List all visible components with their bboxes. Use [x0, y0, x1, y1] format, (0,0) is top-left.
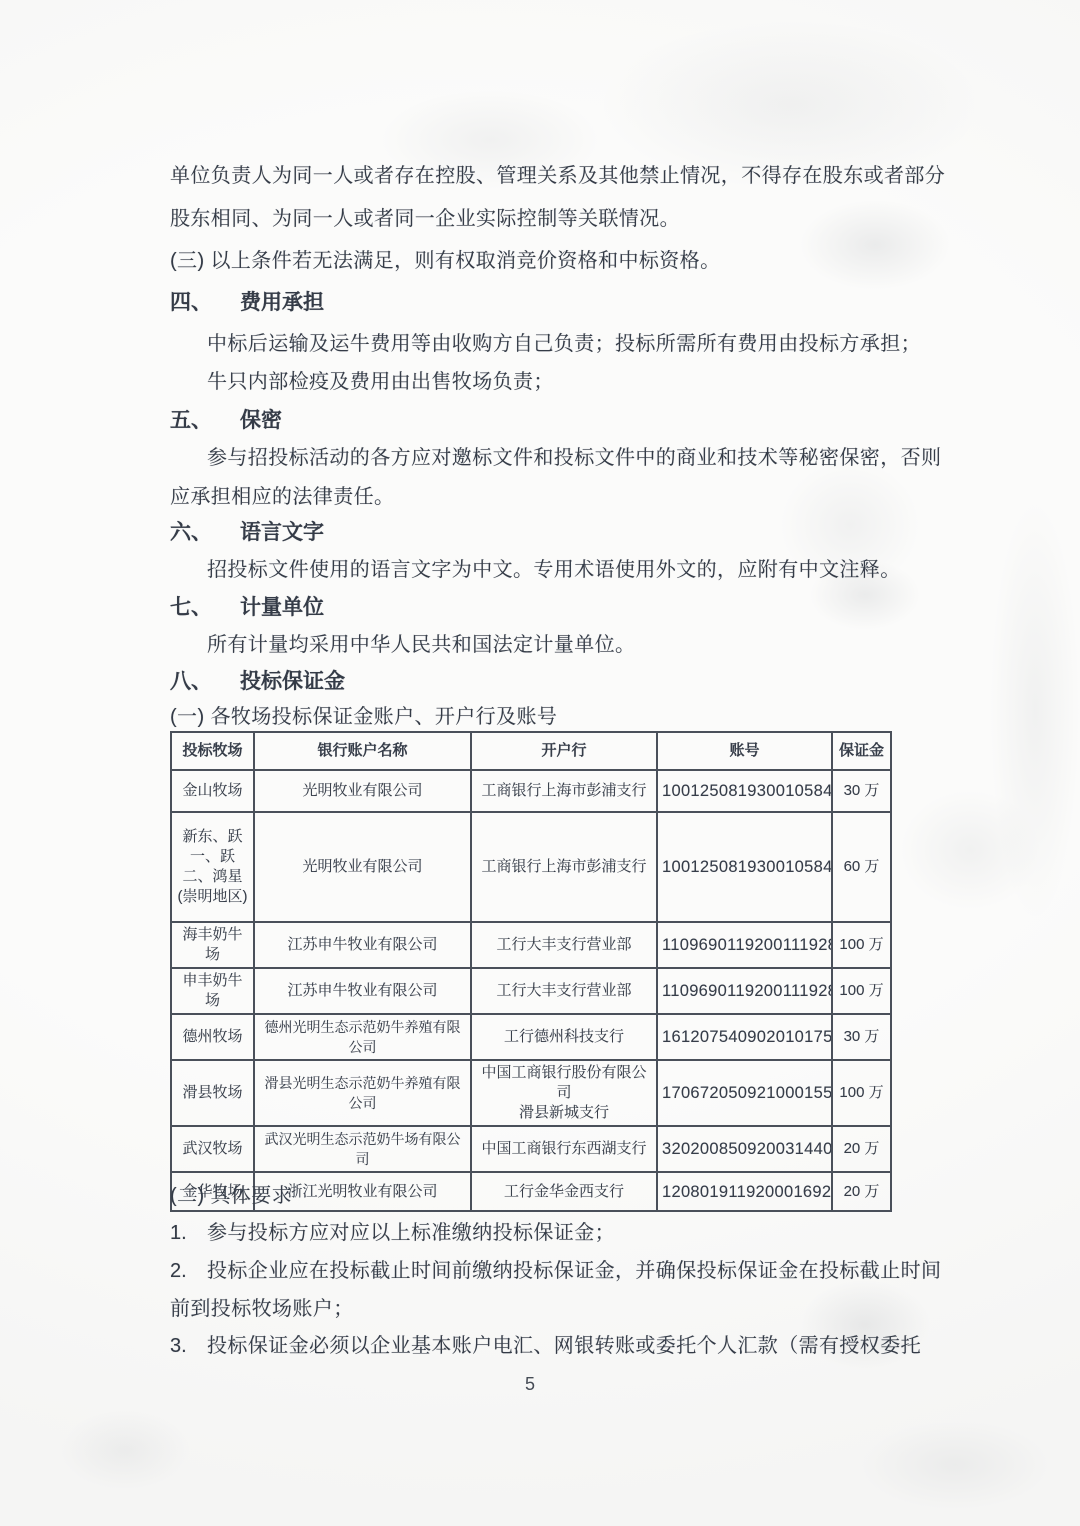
bank-branch-cell: 工行大丰支行营业部 — [471, 968, 657, 1014]
account-number-cell: 3202008509200314406 — [657, 1126, 832, 1172]
account-number-cell: 1109690119200111928 — [657, 968, 832, 1014]
requirement-3-number: 3. — [170, 1333, 187, 1359]
deposit-cell: 100 万 — [832, 1060, 891, 1126]
section-number: 六、 — [170, 519, 240, 546]
section-number: 八、 — [170, 668, 240, 695]
requirement-1-text: 参与投标方应对应以上标准缴纳投标保证金； — [207, 1220, 615, 1246]
deposit-accounts-table: 投标牧场 银行账户名称 开户行 账号 保证金 金山牧场 光明牧业有限公司 工商银… — [170, 731, 892, 1212]
bank-branch-cell: 中国工商银行股份有限公司 滑县新城支行 — [471, 1060, 657, 1126]
scan-artifact — [900, 790, 1040, 910]
farm-cell: 武汉牧场 — [171, 1126, 254, 1172]
bank-branch-cell: 工行德州科技支行 — [471, 1014, 657, 1060]
account-name-cell: 光明牧业有限公司 — [254, 812, 471, 922]
section5-line-1: 参与招投标活动的各方应对邀标文件和投标文件中的商业和技术等秘密保密，否则 — [207, 445, 941, 471]
account-number-cell: 1109690119200111928 — [657, 922, 832, 968]
section-title: 计量单位 — [240, 596, 324, 619]
requirement-2-line-2: 前到投标牧场账户； — [170, 1296, 354, 1322]
bank-branch-line-2: 滑县新城支行 — [476, 1103, 652, 1123]
bank-branch-line-1: 中国工商银行股份有限公司 — [476, 1063, 652, 1103]
scan-artifact — [60, 1410, 190, 1490]
section-number: 七、 — [170, 594, 240, 621]
deposit-cell: 30 万 — [832, 1014, 891, 1060]
bank-branch-cell: 中国工商银行东西湖支行 — [471, 1126, 657, 1172]
farm-cell: 滑县牧场 — [171, 1060, 254, 1126]
scanned-document-page: 单位负责人为同一人或者存在控股、管理关系及其他禁止情况，不得存在股东或者部分 股… — [0, 0, 1080, 1526]
section-number: 四、 — [170, 289, 240, 316]
col-header-account-number: 账号 — [657, 732, 832, 770]
account-name-cell: 光明牧业有限公司 — [254, 770, 471, 812]
account-name-cell: 江苏申牛牧业有限公司 — [254, 968, 471, 1014]
subsection-1-title: (一) 各牧场投标保证金账户、开户行及账号 — [170, 704, 557, 730]
bank-branch-cell: 工行大丰支行营业部 — [471, 922, 657, 968]
subsection-2-title: (二) 具体要求 — [170, 1183, 292, 1209]
section-title: 费用承担 — [240, 291, 324, 314]
intro-paragraph-line-2: 股东相同、为同一人或者同一企业实际控制等关联情况。 — [170, 206, 680, 232]
table-row: 金山牧场 光明牧业有限公司 工商银行上海市彭浦支行 10012508193001… — [171, 770, 891, 812]
section6-line-1: 招投标文件使用的语言文字为中文。专用术语使用外文的，应附有中文注释。 — [207, 557, 901, 583]
account-number-cell: 1208019119200016925 — [657, 1172, 832, 1211]
bank-branch-cell: 工行金华金西支行 — [471, 1172, 657, 1211]
section5-line-2: 应承担相应的法律责任。 — [170, 484, 394, 510]
account-number-cell: 1001250819300105848 — [657, 812, 832, 922]
section-heading-language: 六、语言文字 — [170, 519, 324, 546]
section-heading-confidentiality: 五、保密 — [170, 407, 282, 434]
account-name-cell: 武汉光明生态示范奶牛场有限公司 — [254, 1126, 471, 1172]
account-name-cell: 德州光明生态示范奶牛养殖有限公司 — [254, 1014, 471, 1060]
intro-paragraph-line-1: 单位负责人为同一人或者存在控股、管理关系及其他禁止情况，不得存在股东或者部分 — [170, 163, 945, 189]
section4-line-2: 牛只内部检疫及费用由出售牧场负责； — [207, 369, 554, 395]
requirement-3-text: 投标保证金必须以企业基本账户电汇、网银转账或委托个人汇款（需有授权委托 — [207, 1333, 921, 1359]
section-heading-measurement-units: 七、计量单位 — [170, 594, 324, 621]
table-row: 海丰奶牛场 江苏申牛牧业有限公司 工行大丰支行营业部 1109690119200… — [171, 922, 891, 968]
table-row: 滑县牧场 滑县光明生态示范奶牛养殖有限公司 中国工商银行股份有限公司 滑县新城支… — [171, 1060, 891, 1126]
deposit-cell: 30 万 — [832, 770, 891, 812]
col-header-deposit: 保证金 — [832, 732, 891, 770]
section-number: 五、 — [170, 407, 240, 434]
requirement-2-number: 2. — [170, 1258, 187, 1284]
page-number: 5 — [500, 1374, 560, 1395]
requirement-1-number: 1. — [170, 1220, 187, 1246]
section-heading-cost-bearing: 四、费用承担 — [170, 289, 324, 316]
table-row: 德州牧场 德州光明生态示范奶牛养殖有限公司 工行德州科技支行 161207540… — [171, 1014, 891, 1060]
condition-item-3: (三) 以上条件若无法满足，则有权取消竞价资格和中标资格。 — [170, 248, 720, 274]
farm-cell: 申丰奶牛场 — [171, 968, 254, 1014]
account-name-cell: 滑县光明生态示范奶牛养殖有限公司 — [254, 1060, 471, 1126]
bank-branch-cell: 工商银行上海市彭浦支行 — [471, 770, 657, 812]
farm-cell: 德州牧场 — [171, 1014, 254, 1060]
scan-artifact — [990, 500, 1080, 920]
farm-cell: 海丰奶牛场 — [171, 922, 254, 968]
section-title: 语言文字 — [240, 521, 324, 544]
account-name-cell: 江苏申牛牧业有限公司 — [254, 922, 471, 968]
deposit-cell: 20 万 — [832, 1126, 891, 1172]
account-number-cell: 1001250819300105848 — [657, 770, 832, 812]
deposit-cell: 100 万 — [832, 922, 891, 968]
col-header-bank-branch: 开户行 — [471, 732, 657, 770]
col-header-farm: 投标牧场 — [171, 732, 254, 770]
scan-artifact — [800, 200, 950, 290]
section-title: 保密 — [240, 409, 282, 432]
col-header-account-name: 银行账户名称 — [254, 732, 471, 770]
deposit-cell: 100 万 — [832, 968, 891, 1014]
account-number-cell: 1706720509210001559 — [657, 1060, 832, 1126]
bank-branch-cell: 工商银行上海市彭浦支行 — [471, 812, 657, 922]
table-row: 申丰奶牛场 江苏申牛牧业有限公司 工行大丰支行营业部 1109690119200… — [171, 968, 891, 1014]
table-header-row: 投标牧场 银行账户名称 开户行 账号 保证金 — [171, 732, 891, 770]
requirement-2-line-1: 投标企业应在投标截止时间前缴纳投标保证金，并确保投标保证金在投标截止时间 — [207, 1258, 941, 1284]
table-row: 新东、跃一、跃二、鸿星 (崇明地区) 光明牧业有限公司 工商银行上海市彭浦支行 … — [171, 812, 891, 922]
farm-cell: 新东、跃一、跃二、鸿星 (崇明地区) — [171, 812, 254, 922]
farm-cell: 金山牧场 — [171, 770, 254, 812]
section7-line-1: 所有计量均采用中华人民共和国法定计量单位。 — [207, 632, 635, 658]
section-title: 投标保证金 — [240, 670, 345, 693]
account-number-cell: 1612075409020101757 — [657, 1014, 832, 1060]
section-heading-bid-deposit: 八、投标保证金 — [170, 668, 345, 695]
scan-artifact — [860, 1420, 1050, 1510]
table-row: 武汉牧场 武汉光明生态示范奶牛场有限公司 中国工商银行东西湖支行 3202008… — [171, 1126, 891, 1172]
deposit-cell: 60 万 — [832, 812, 891, 922]
deposit-cell: 20 万 — [832, 1172, 891, 1211]
section4-line-1: 中标后运输及运牛费用等由收购方自己负责；投标所需所有费用由投标方承担； — [207, 331, 921, 357]
